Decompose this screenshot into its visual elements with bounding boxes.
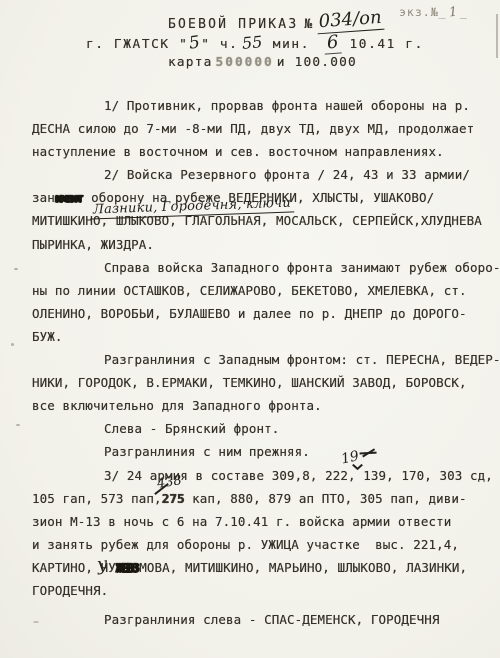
line-reserve-front-1: 2/ Войска Резервного фронта / 24, 43 и 3… (32, 163, 500, 186)
place-name: г. ГЖАТСК (86, 37, 170, 52)
scan-speck (16, 424, 20, 426)
line-enemy-1: 1/ Противник, прорвав фронта нашей оборо… (32, 94, 500, 117)
insertion-caret-mark (352, 464, 362, 472)
copy-number: экз.№_1_ (399, 5, 468, 20)
line-prefix: зан (32, 190, 55, 205)
line-rest: МОВА, МИТИШКИНО, МАРЬИНО, ШЛЫКОВО, ЛАЗИН… (139, 560, 467, 575)
overtyped-number-275: 275 (162, 491, 185, 506)
line-boundary-west-2: НИКИ, ГОРОДОК, В.ЕРМАКИ, ТЕМКИНО, ШАНСКИ… (32, 371, 500, 394)
scan-speck (11, 343, 14, 346)
minutes-handwritten: 55 (242, 32, 264, 53)
line-right-neighbor-3: ОЛЕНИНО, ВОРОБЬИ, БУЛАШЕВО и далее по р.… (32, 302, 500, 325)
line-24army-1: 3/ 24 армия в составе 309,8, 222, 139, 1… (32, 464, 500, 487)
line-boundary-west-3: все включительно для Западного фронта. (32, 394, 500, 417)
scanned-combat-order-page: экз.№_1_ БОЕВОЙ ПРИКАЗ№034/оп г. ГЖАТСК … (0, 0, 500, 658)
place-date-line: г. ГЖАТСК "5" ч.55мин.610.41 г. (86, 32, 424, 54)
line-prefix: 3/ 24 армия в составе 309,8, 222, (104, 468, 356, 483)
line-boundary-west-1: Разгранлиния с Западным фронтом: ст. ПЕР… (32, 348, 500, 371)
line-enemy-3: наступление в восточном и сев. восточном… (32, 140, 500, 163)
line-reserve-front-4: ПЫРИНКА, ЖИЗДРА. (32, 233, 500, 256)
minutes-label: мин. (273, 37, 310, 52)
order-body: 1/ Противник, прорвав фронта нашей оборо… (32, 94, 500, 631)
scan-speck (14, 268, 18, 270)
number-sign: № (304, 17, 314, 32)
hours-label: ч. (220, 37, 239, 52)
line-24army-6: ГОРОДЕЧНЯ. (32, 579, 500, 602)
scan-edge-artifact (496, 14, 498, 58)
line-prefix: 105 гап, 573 пап, (32, 491, 162, 506)
line-24army-3: зион М-13 в ночь с 6 на 7.10.41 г. войск… (32, 510, 500, 533)
order-title-text: БОЕВОЙ ПРИКАЗ (168, 17, 298, 32)
line-right-neighbor-4: БУЖ. (32, 325, 500, 348)
month-year: 10.41 г. (349, 37, 423, 52)
line-left-neighbor: Слева - Брянский фронт. (32, 417, 500, 440)
map-scale-second: и 100.000 (277, 55, 357, 70)
day-handwritten: 6 (323, 31, 342, 54)
copy-number-label: экз.№_ (399, 5, 447, 19)
line-24army-4: и занять рубеж для обороны р. УЖИЦА учас… (32, 533, 500, 556)
line-right-neighbor-1: Справа войска Западного фронта занимают … (32, 256, 500, 279)
overstruck-placename: ЖЕВЗ (116, 560, 139, 575)
line-boundary-left: Разгранлиния слева - СПАС-ДЕМЕНСК, ГОРОД… (32, 608, 500, 631)
order-number-handwritten: 034/оп (316, 7, 384, 35)
scan-speck (33, 621, 39, 623)
line-boundary-same: Разгранлиния с ним прежняя. (32, 440, 500, 463)
copy-number-underscore: _ (460, 5, 468, 19)
overstruck-word: имают (55, 190, 84, 205)
line-enemy-2: ДЕСНА силою до 7-ми -8-ми ПД, двух ТД, д… (32, 117, 500, 140)
line-24army-2: 105 гап, 573 пап,275 кап, 880, 879 ап ПТ… (32, 487, 500, 510)
map-scale-smudged: 500000 (216, 55, 274, 70)
map-scale-line: карта500000и 100.000 (168, 55, 357, 70)
close-quote: " (201, 37, 210, 52)
copy-number-value-handwritten: 1 (446, 4, 461, 20)
crossed-out-scribble (359, 446, 378, 459)
line-rest: кап, 880, 879 ап ПТО, 305 пап, диви- (185, 491, 467, 506)
line-rest: 139, 170, 303 сд, (356, 468, 493, 483)
hour-handwritten: 5 (187, 32, 202, 54)
map-label: карта (168, 55, 213, 70)
line-right-neighbor-2: ны по линии ОСТАШКОВ, СЕЛИЖАРОВО, БЕКЕТО… (32, 279, 500, 302)
